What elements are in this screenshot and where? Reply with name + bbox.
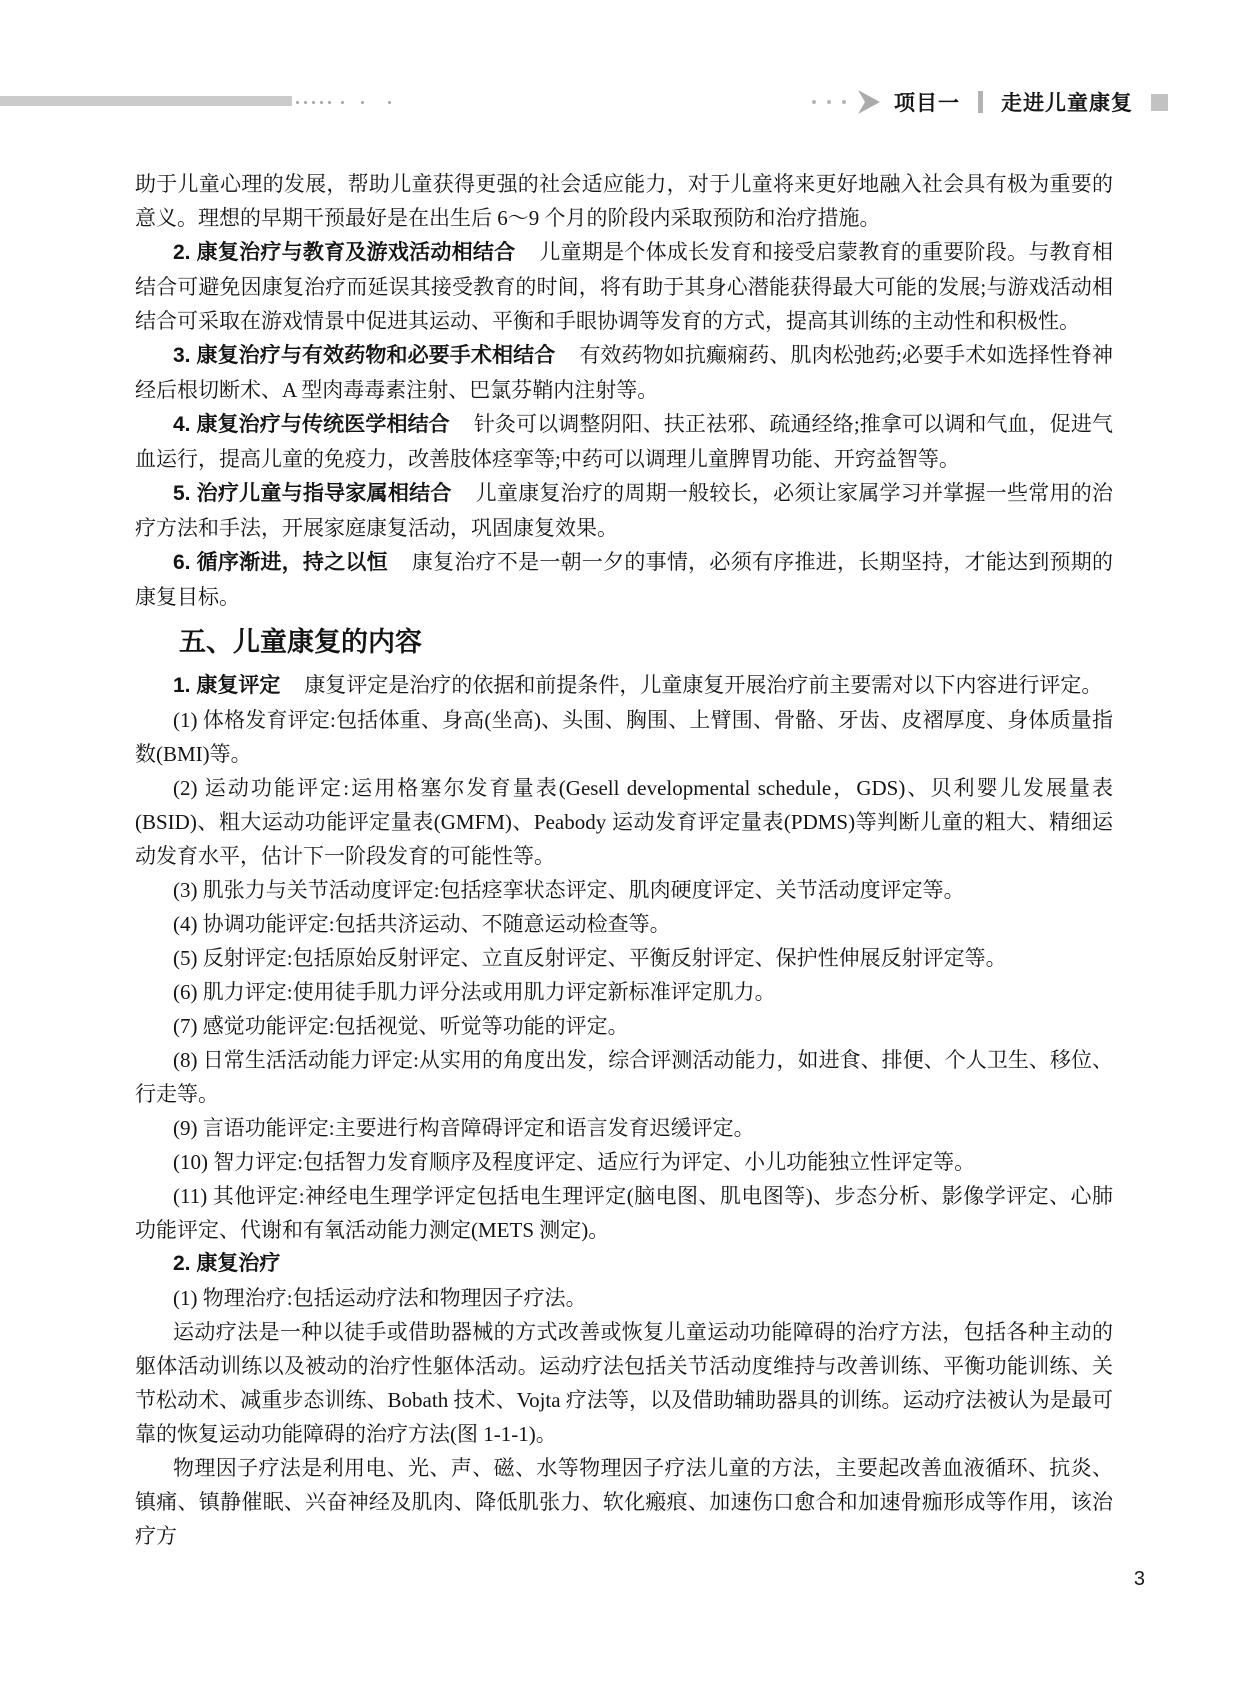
- chevron-right-icon: [858, 90, 880, 114]
- header-chapter-label: 项目一: [894, 87, 960, 117]
- numbered-heading-treatment: 2. 康复治疗: [135, 1247, 1113, 1281]
- header-dots-left-icon: [296, 101, 391, 104]
- list-item-3: (3) 肌张力与关节活动度评定:包括痉挛状态评定、肌肉硬度评定、关节活动度评定等…: [135, 873, 1113, 907]
- numbered-item-5: 5. 治疗儿童与指导家属相结合儿童康复治疗的周期一般较长，必须让家属学习并掌握一…: [135, 476, 1113, 545]
- list-item-11: (11) 其他评定:神经电生理学评定包括电生理评定(脑电图、肌电图等)、步态分析…: [135, 1179, 1113, 1247]
- page-body: 助于儿童心理的发展，帮助儿童获得更强的社会适应能力，对于儿童将来更好地融入社会具…: [135, 167, 1113, 1553]
- paragraph-physical-agents: 物理因子疗法是利用电、光、声、磁、水等物理因子疗法儿童的方法，主要起改善血液循环…: [135, 1451, 1113, 1553]
- numbered-item-6: 6. 循序渐进，持之以恒康复治疗不是一朝一夕的事情，必须有序推进，长期坚持，才能…: [135, 545, 1113, 614]
- paragraph-continuation: 助于儿童心理的发展，帮助儿童获得更强的社会适应能力，对于儿童将来更好地融入社会具…: [135, 167, 1113, 235]
- item-lead: 1. 康复评定: [173, 674, 280, 697]
- list-item-10: (10) 智力评定:包括智力发育顺序及程度评定、适应行为评定、小儿功能独立性评定…: [135, 1145, 1113, 1179]
- list-item-1: (1) 体格发育评定:包括体重、身高(坐高)、头围、胸围、上臂围、骨骼、牙齿、皮…: [135, 703, 1113, 771]
- item-lead: 6. 循序渐进，持之以恒: [173, 551, 388, 574]
- item-lead: 5. 治疗儿童与指导家属相结合: [173, 482, 452, 505]
- header-divider: [978, 91, 983, 113]
- page-number: 3: [1050, 1568, 1145, 1591]
- list-item-9: (9) 言语功能评定:主要进行构音障碍评定和语言发育迟缓评定。: [135, 1111, 1113, 1145]
- numbered-item-4: 4. 康复治疗与传统医学相结合针灸可以调整阴阳、扶正祛邪、疏通经络;推拿可以调和…: [135, 407, 1113, 476]
- item-lead: 2. 康复治疗与教育及游戏活动相结合: [173, 241, 515, 264]
- list-item-2: (2) 运动功能评定:运用格塞尔发育量表(Gesell developmenta…: [135, 771, 1113, 873]
- list-item-8: (8) 日常生活活动能力评定:从实用的角度出发，综合评测活动能力，如进食、排便、…: [135, 1043, 1113, 1111]
- header-rule-bar: [0, 96, 292, 106]
- numbered-item-1: 1. 康复评定康复评定是治疗的依据和前提条件，儿童康复开展治疗前主要需对以下内容…: [135, 668, 1113, 703]
- item-lead: 3. 康复治疗与有效药物和必要手术相结合: [173, 344, 555, 367]
- numbered-item-3: 3. 康复治疗与有效药物和必要手术相结合有效药物如抗癫痫药、肌肉松弛药;必要手术…: [135, 338, 1113, 407]
- list-item-7: (7) 感觉功能评定:包括视觉、听觉等功能的评定。: [135, 1009, 1113, 1043]
- header-breadcrumb: 项目一 走进儿童康复: [801, 86, 1168, 118]
- list-item-physio: (1) 物理治疗:包括运动疗法和物理因子疗法。: [135, 1281, 1113, 1315]
- header-chapter-title: 走进儿童康复: [1001, 87, 1133, 117]
- section-heading: 五、儿童康复的内容: [135, 623, 1113, 661]
- item-text: 康复评定是治疗的依据和前提条件，儿童康复开展治疗前主要需对以下内容进行评定。: [304, 673, 1102, 697]
- paragraph-exercise-therapy: 运动疗法是一种以徒手或借助器械的方式改善或恢复儿童运动功能障碍的治疗方法，包括各…: [135, 1315, 1113, 1451]
- gray-square-icon: [1151, 94, 1168, 111]
- numbered-item-2: 2. 康复治疗与教育及游戏活动相结合儿童期是个体成长发育和接受启蒙教育的重要阶段…: [135, 235, 1113, 338]
- list-item-6: (6) 肌力评定:使用徒手肌力评分法或用肌力评定新标准评定肌力。: [135, 975, 1113, 1009]
- book-page: 项目一 走进儿童康复 助于儿童心理的发展，帮助儿童获得更强的社会适应能力，对于儿…: [0, 0, 1245, 1688]
- header-dots-right-icon: [801, 100, 846, 104]
- list-item-5: (5) 反射评定:包括原始反射评定、立直反射评定、平衡反射评定、保护性伸展反射评…: [135, 941, 1113, 975]
- list-item-4: (4) 协调功能评定:包括共济运动、不随意运动检查等。: [135, 907, 1113, 941]
- item-lead: 4. 康复治疗与传统医学相结合: [173, 413, 450, 436]
